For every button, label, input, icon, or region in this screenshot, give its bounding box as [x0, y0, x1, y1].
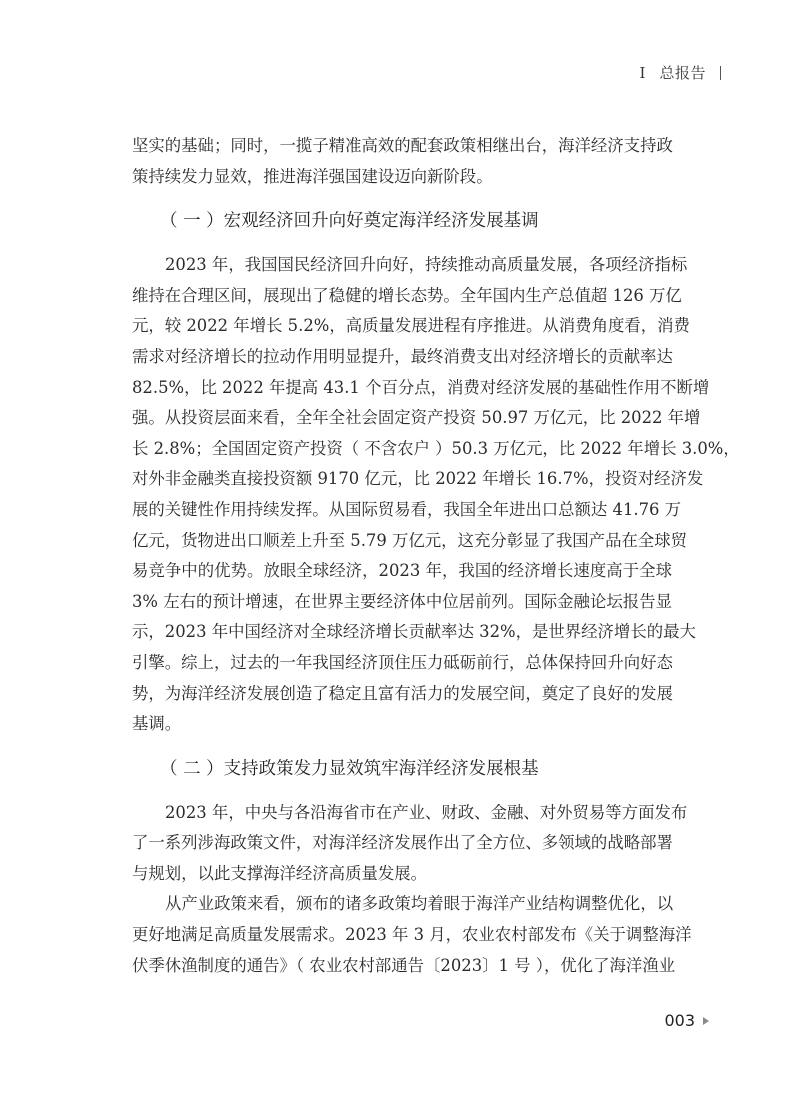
text-line: 强。从投资层面来看，全年全社会固定资产投资 50.97 万亿元，比 2022 年… [132, 403, 672, 434]
text-line: 2023 年，我国国民经济回升向好，持续推动高质量发展，各项经济指标 [132, 250, 672, 281]
text-line: 展的关键性作用持续发挥。从国际贸易看，我国全年进出口总额达 41.76 万 [132, 495, 672, 526]
text-line: 示，2023 年中国经济对全球经济增长贡献率达 32%，是世界经济增长的最大 [132, 617, 672, 648]
section-heading-1: （ 一 ）宏观经济回升向好奠定海洋经济发展基调 [132, 206, 672, 236]
text-line: 与规划，以此支撑海洋经济高质量发展。 [132, 859, 672, 890]
text-line: 策持续发力显效，推进海洋强国建设迈向新阶段。 [132, 162, 672, 193]
text-line: 势，为海洋经济发展创造了稳定且富有活力的发展空间，奠定了良好的发展 [132, 679, 672, 710]
text-line: 需求对经济增长的拉动作用明显提升，最终消费支出对经济增长的贡献率达 [132, 342, 672, 373]
text-line: 2023 年，中央与各沿海省市在产业、财政、金融、对外贸易等方面发布 [132, 798, 672, 829]
text-line: 维持在合理区间，展现出了稳健的增长态势。全年国内生产总值超 126 万亿 [132, 281, 672, 312]
text-line: 更好地满足高质量发展需求。2023 年 3 月，农业农村部发布《关于调整海洋 [132, 920, 672, 951]
page-body: 坚实的基础；同时，一揽子精准高效的配套政策相继出台，海洋经济支持政 策持续发力显… [132, 131, 672, 981]
text-line: 基调。 [132, 709, 672, 740]
part-numeral: I [640, 64, 646, 82]
text-line: 对外非金融类直接投资额 9170 亿元，比 2022 年增长 16.7%，投资对… [132, 464, 672, 495]
text-line: 82.5%，比 2022 年提高 43.1 个百分点，消费对经济发展的基础性作用… [132, 373, 672, 404]
next-page-arrow-icon [703, 1017, 709, 1025]
section-heading-2: （ 二 ）支持政策发力显效筑牢海洋经济发展根基 [132, 754, 672, 784]
text-line: 亿元，货物进出口顺差上升至 5.79 万亿元，这充分彰显了我国产品在全球贸 [132, 526, 672, 557]
section2-paragraph-2: 从产业政策来看，颁布的诸多政策均着眼于海洋产业结构调整优化，以 更好地满足高质量… [132, 889, 672, 981]
header-divider [720, 66, 721, 80]
continuation-paragraph: 坚实的基础；同时，一揽子精准高效的配套政策相继出台，海洋经济支持政 策持续发力显… [132, 131, 672, 192]
text-line: 引擎。综上，过去的一年我国经济顶住压力砥砺前行，总体保持回升向好态 [132, 648, 672, 679]
text-line: 长 2.8%；全国固定资产投资（ 不含农户 ）50.3 万亿元，比 2022 年… [132, 434, 672, 465]
running-header: I 总报告 [640, 62, 721, 83]
section2-paragraph-1: 2023 年，中央与各沿海省市在产业、财政、金融、对外贸易等方面发布 了一系列涉… [132, 798, 672, 890]
text-line: 易竞争中的优势。放眼全球经济，2023 年，我国的经济增长速度高于全球 [132, 556, 672, 587]
text-line: 元，较 2022 年增长 5.2%，高质量发展进程有序推进。从消费角度看，消费 [132, 311, 672, 342]
page-number: 003 [664, 1011, 695, 1030]
text-line: 了一系列涉海政策文件，对海洋经济发展作出了全方位、多领域的战略部署 [132, 828, 672, 859]
text-line: 伏季休渔制度的通告》（ 农业农村部通告〔2023〕1 号 ），优化了海洋渔业 [132, 951, 672, 982]
section1-paragraph: 2023 年，我国国民经济回升向好，持续推动高质量发展，各项经济指标 维持在合理… [132, 250, 672, 740]
text-line: 从产业政策来看，颁布的诸多政策均着眼于海洋产业结构调整优化，以 [132, 889, 672, 920]
text-line: 3% 左右的预计增速，在世界主要经济体中位居前列。国际金融论坛报告显 [132, 587, 672, 618]
text-line: 坚实的基础；同时，一揽子精准高效的配套政策相继出台，海洋经济支持政 [132, 131, 672, 162]
part-title: 总报告 [659, 62, 706, 83]
